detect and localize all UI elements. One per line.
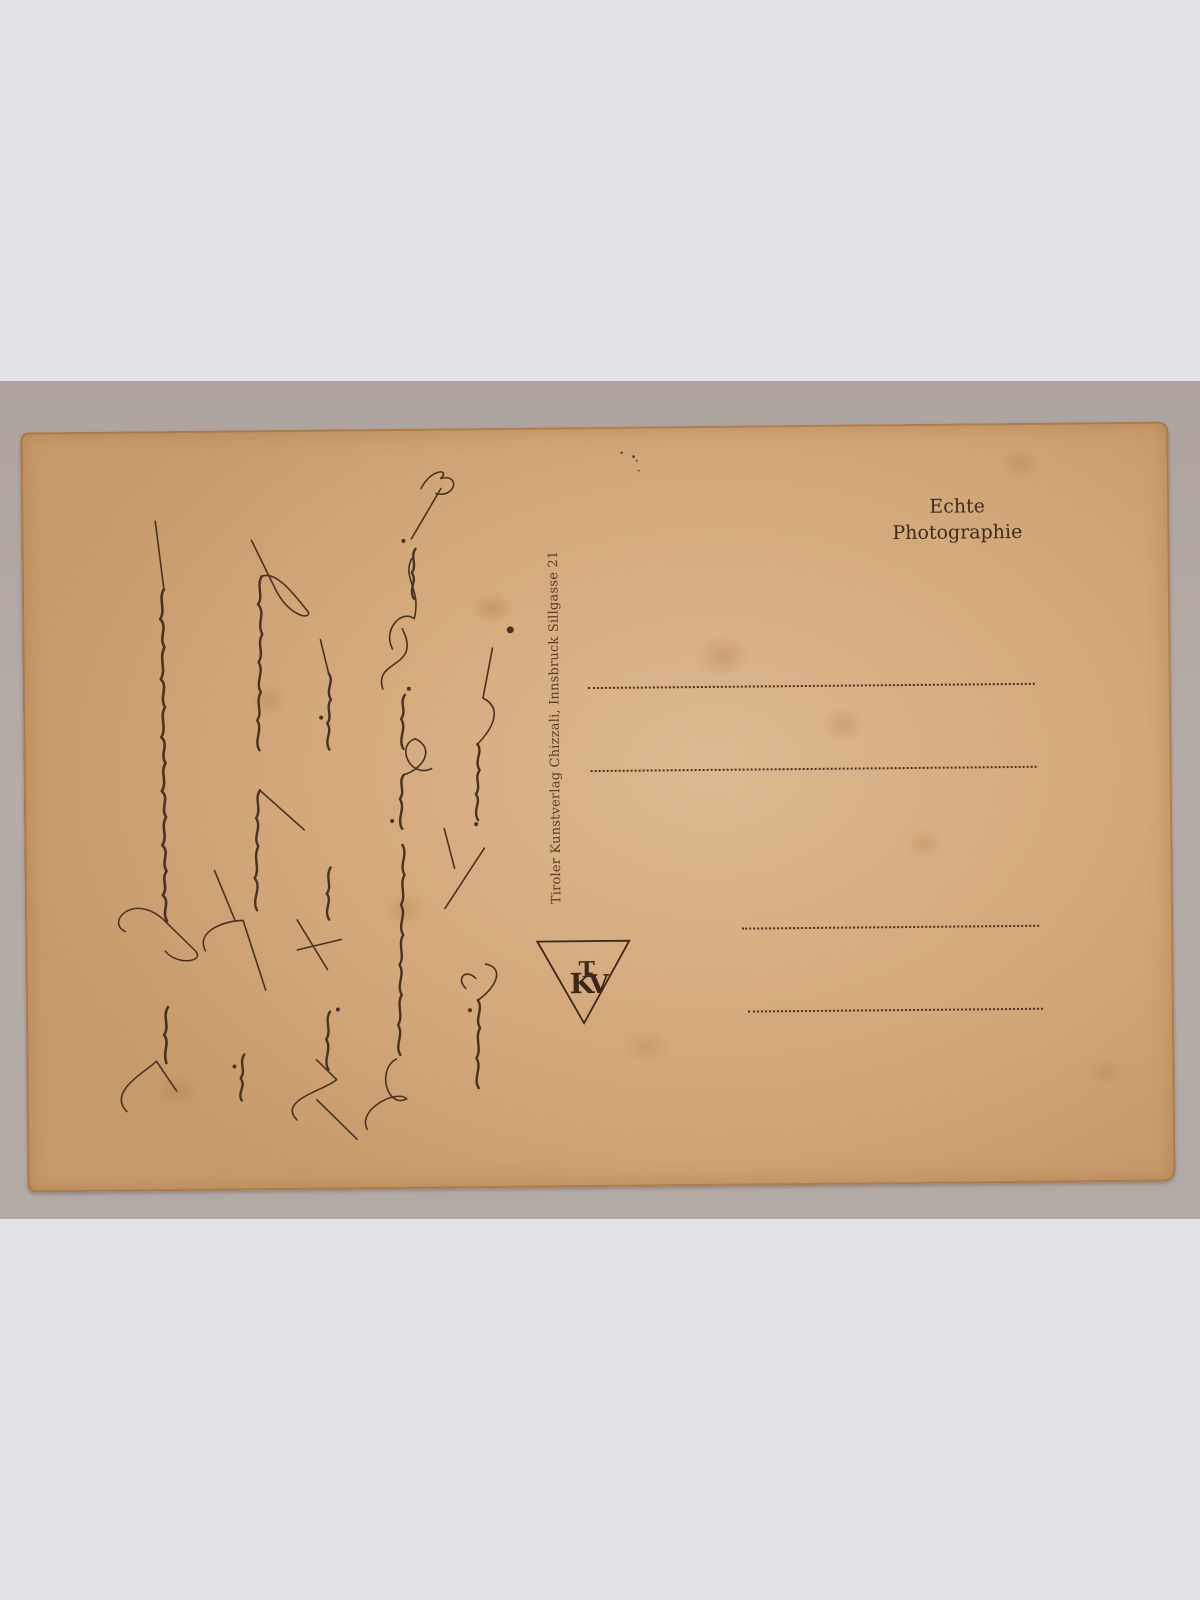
handwritten-line-5 [442, 626, 518, 1088]
header-line-photographie: Photographie [877, 519, 1037, 547]
handwritten-line-3 [288, 639, 357, 1140]
header-line-echte: Echte [877, 493, 1037, 521]
address-line-2 [591, 766, 1037, 772]
address-line-1 [588, 683, 1035, 689]
handwritten-line-4 [359, 472, 460, 1129]
logo-letter-v: V [588, 970, 610, 1000]
address-line-3 [742, 925, 1039, 930]
publisher-imprint: Tiroler Kunstverlag Chizzali, Innsbruck … [533, 517, 577, 937]
ink-specks [619, 446, 649, 476]
address-line-4 [748, 1008, 1043, 1013]
postcard-back: Tiroler Kunstverlag Chizzali, Innsbruck … [20, 422, 1175, 1193]
handwritten-line-1 [115, 521, 199, 1112]
handwritten-message [61, 447, 568, 1152]
handwritten-line-2 [199, 540, 313, 1101]
echte-photographie-header: Echte Photographie [877, 493, 1037, 547]
ktv-publisher-logo: K T V [533, 935, 634, 1028]
publisher-imprint-text: Tiroler Kunstverlag Chizzali, Innsbruck … [546, 551, 564, 905]
